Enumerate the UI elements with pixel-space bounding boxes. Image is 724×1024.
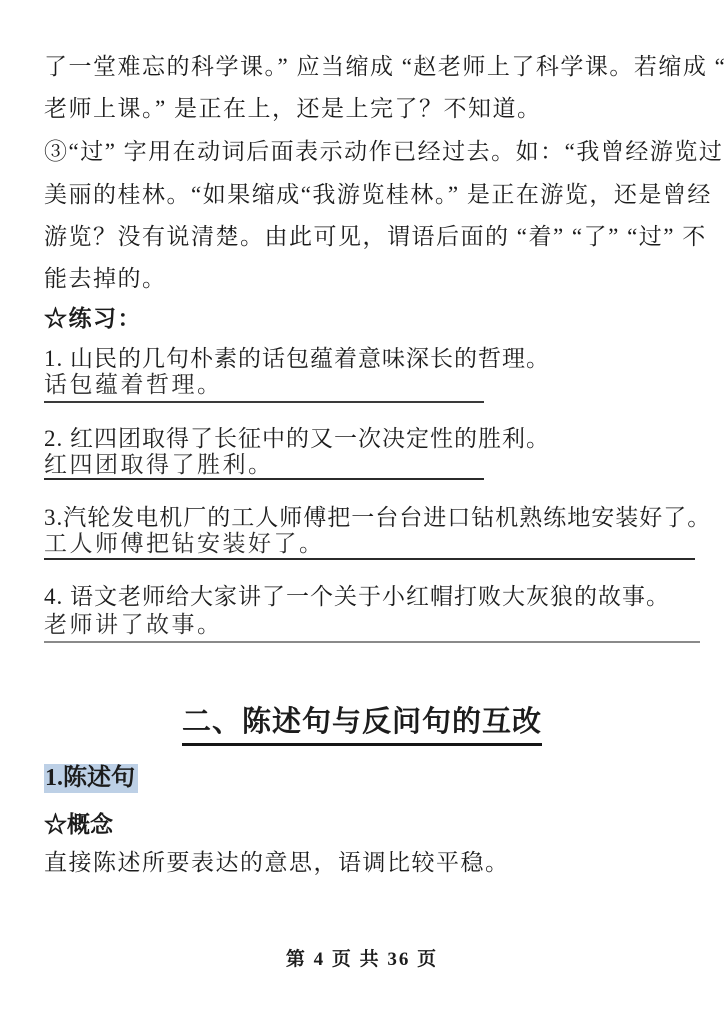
- question-4: 4. 语文老师给大家讲了一个关于小红帽打败大灰狼的故事。: [44, 582, 670, 612]
- practice-label: ☆练习：: [44, 304, 142, 334]
- section-heading-container: 二、陈述句与反问句的互改: [0, 699, 724, 746]
- answer-1: 话包蕴着哲理。: [44, 372, 484, 403]
- paragraph-line-1: 了一堂难忘的科学课。” 应当缩成 “赵老师上了科学课。若缩成 “赵: [44, 52, 724, 82]
- subheading-highlight: 1.陈述句: [44, 764, 138, 793]
- paragraph-line-3: ③“过” 字用在动词后面表示动作已经过去。如：“我曾经游览过: [44, 137, 723, 167]
- concept-text: 直接陈述所要表达的意思，语调比较平稳。: [44, 844, 510, 877]
- answer-4: 老师讲了故事。: [44, 612, 700, 643]
- paragraph-line-2: 老师上课。” 是正在上，还是上完了？不知道。: [44, 94, 541, 124]
- concept-label: ☆概念: [44, 806, 113, 839]
- paragraph-line-6: 能去掉的。: [44, 264, 167, 294]
- section-subheading: 1.陈述句: [44, 762, 138, 794]
- paragraph-line-4: 美丽的桂林。“如果缩成“我游览桂林。” 是正在游览，还是曾经: [44, 180, 712, 210]
- answer-3: 工人师傅把钻安装好了。: [44, 531, 695, 560]
- paragraph-line-5: 游览？没有说清楚。由此可见，谓语后面的 “着” “了” “过” 不: [44, 222, 707, 252]
- question-3: 3.汽轮发电机厂的工人师傅把一台台进口钻机熟练地安装好了。: [44, 503, 711, 533]
- document-page: 了一堂难忘的科学课。” 应当缩成 “赵老师上了科学课。若缩成 “赵 老师上课。”…: [0, 0, 724, 1024]
- question-1: 1. 山民的几句朴素的话包蕴着意味深长的哲理。: [44, 344, 550, 374]
- page-number-footer: 第 4 页 共 36 页: [0, 944, 724, 971]
- answer-2: 红四团取得了胜利。: [44, 452, 484, 480]
- question-2: 2. 红四团取得了长征中的又一次决定性的胜利。: [44, 424, 550, 454]
- section-heading: 二、陈述句与反问句的互改: [182, 699, 542, 746]
